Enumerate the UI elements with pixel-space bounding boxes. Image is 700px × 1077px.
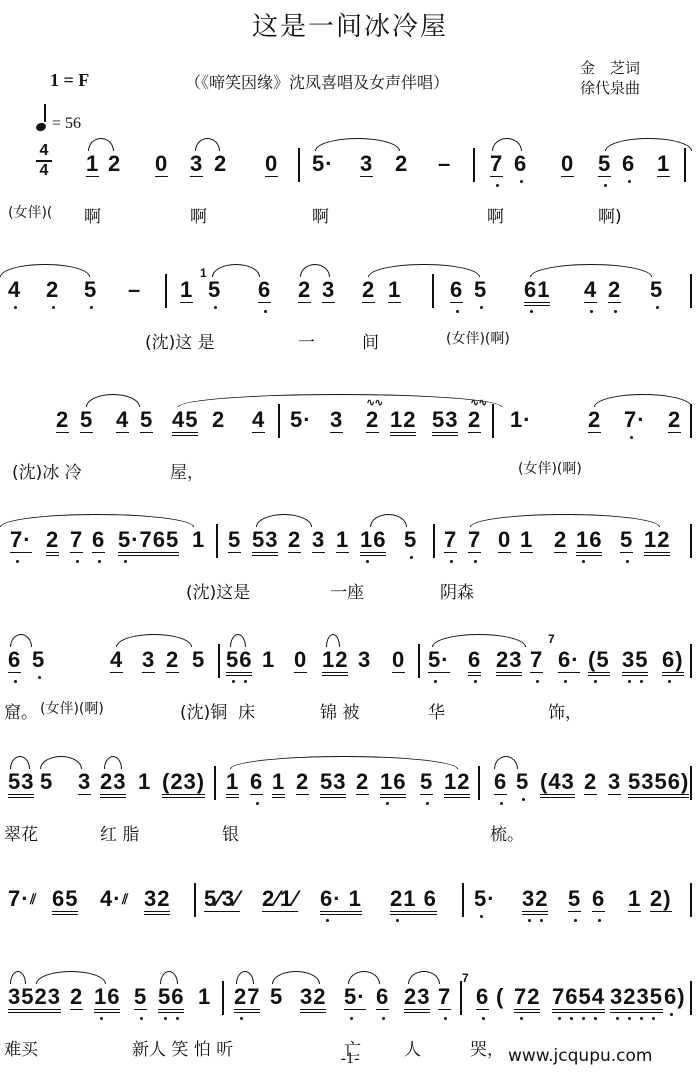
lyric: 啊 [84,202,101,227]
low-octave-dot [594,680,597,683]
low-octave-dot [640,1017,643,1020]
slur-arc [230,634,246,647]
note-token: 4 [110,648,123,673]
slur-arc [272,971,320,984]
note-token: 1 [657,152,670,177]
slur-arc [195,138,220,151]
note-token: 4 [584,278,597,303]
note-token: 1 [336,528,349,553]
lyric: (女伴)(啊) [40,698,104,718]
slur-arc [470,514,660,527]
note-token: 6 [8,648,21,673]
slur-arc [40,756,82,769]
low-octave-dot [14,680,17,683]
low-octave-dot [520,1017,523,1020]
note-token: 53 [252,528,278,556]
grace-note: 1 [200,266,207,280]
low-octave-dot [434,680,437,683]
low-octave-dot [482,1017,485,1020]
note-token: 16 [576,528,602,556]
note-token: 65 [52,887,78,915]
note-token: 4· [100,887,122,911]
note-token: 7 [70,528,83,553]
slur-arc [10,971,26,984]
lyric: (沈)这 是 [145,328,215,353]
barline [418,644,420,678]
low-octave-dot [614,310,617,313]
slur-arc [86,394,140,407]
note-token: 1 [192,528,205,552]
slur-arc [494,756,518,769]
note-token: 5356) [628,770,689,798]
low-octave-dot [474,560,477,563]
note-token: 7· [10,528,32,553]
slur-arc [408,971,440,984]
note-token: 6) [662,648,684,676]
credits: 金 芝词 徐代泉曲 [580,58,640,98]
slur-arc [0,264,90,277]
slur-arc [432,634,526,647]
low-octave-dot [582,1017,585,1020]
low-octave-dot [574,919,577,922]
low-octave-dot [656,306,659,309]
lyric: 阴森 [440,578,474,603]
low-octave-dot [14,306,17,309]
note-token: 5 [80,408,93,433]
barline [462,883,464,917]
barline [194,883,196,917]
mordent-icon: ∿∿ [470,396,486,409]
low-octave-dot [176,1017,179,1020]
note-token: 5 [270,985,283,1009]
note-token: – [128,278,141,302]
note-token: 2 [588,408,601,433]
slur-arc [256,514,312,527]
low-octave-dot [16,560,19,563]
barline [684,148,686,182]
slur-arc [178,394,502,407]
note-token: 5 [516,770,529,794]
note-token: 2 [46,528,59,556]
barline [298,148,300,182]
time-signature: 4 4 [36,143,52,179]
note-token: 6· 1 [320,887,362,915]
note-token: 6 [376,985,389,1010]
lyric: (女伴)( [8,202,52,222]
time-sig-bottom: 4 [36,163,52,179]
note-token: 6 [258,278,271,303]
note-token: 5 [40,770,53,794]
note-token: 61 [524,278,550,306]
low-octave-dot [594,1017,597,1020]
note-token: (43 [540,770,575,798]
note-token: 0 [392,648,405,673]
note-token: 32 [144,887,170,915]
barline [218,644,220,678]
lyric: 啊 [312,202,329,227]
note-token: ⫽ [30,887,37,911]
note-token: 5 [650,278,663,302]
note-token: 2 [468,408,481,433]
note-token: (5 [588,648,610,676]
note-token: 0 [155,152,168,177]
note-token: 16 [380,770,406,798]
note-token: 53 [8,770,34,798]
note-token: 7 [438,985,451,1010]
lyric: 一座 [330,578,364,603]
note-token: 2 [56,408,69,433]
note-token: 7 [490,152,503,177]
low-octave-dot [256,802,259,805]
note-token: 0 [294,648,307,673]
low-octave-dot [640,680,643,683]
note-token: 7654 [552,985,605,1013]
grace-note: 7 [548,632,555,646]
low-octave-dot [382,1017,385,1020]
note-token: 5⁄3⁄ [204,887,240,912]
note-token: 16 [360,528,386,556]
low-octave-dot [450,560,453,563]
slur-arc [236,971,254,984]
lyric: 窟。 [4,698,38,723]
lyric: 锦 被 [320,698,359,723]
low-octave-dot [410,556,413,559]
note-token: 4 [8,278,21,302]
low-octave-dot [628,180,631,183]
low-octave-dot [264,310,267,313]
low-octave-dot [350,1017,353,1020]
barline [690,404,692,438]
low-octave-dot [616,1017,619,1020]
lyric: (沈)铜 床 [180,698,255,723]
note-token: 6 [450,278,463,303]
lyric: 银 [222,820,239,845]
note-stem [44,104,46,122]
note-token: ⫽ [122,887,129,911]
low-octave-dot [528,919,531,922]
note-token: 3 [360,152,373,177]
low-octave-dot [540,919,543,922]
low-octave-dot [386,802,389,805]
low-octave-dot [326,919,329,922]
note-token: 5 [32,648,45,672]
low-octave-dot [240,1017,243,1020]
note-token: 5· [290,408,312,432]
slur-arc [370,514,407,527]
note-token: 4 [252,408,265,433]
slur-arc [326,634,340,647]
key-signature: 1 = F [50,70,89,91]
lyric: 间 [362,328,379,353]
note-token: 6 [250,770,263,795]
low-octave-dot [124,560,127,563]
slur-arc [10,756,30,769]
low-octave-dot [426,802,429,805]
lyric: 啊) [598,202,622,227]
low-octave-dot [590,310,593,313]
low-octave-dot [444,1017,447,1020]
low-octave-dot [522,798,525,801]
note-token: 3 [312,528,325,553]
note-token: 21 6 [390,887,437,915]
note-token: 2 [584,770,597,795]
low-octave-dot [474,680,477,683]
note-token: 3 [190,152,203,177]
note-token: 7· [8,887,30,911]
tempo-marking: = 56 [36,110,81,133]
low-octave-dot [52,306,55,309]
note-token: 7 [444,528,457,553]
lyric: 翠花 [4,820,38,845]
barline [214,766,216,800]
song-title: 这是一间冰冷屋 [0,6,700,43]
low-octave-dot [598,919,601,922]
note-token: 2) [650,887,672,912]
barline [690,766,692,800]
low-octave-dot [500,802,503,805]
low-octave-dot [480,915,483,918]
note-token: 6 [514,152,527,176]
note-token: 1 [388,278,401,303]
note-token: 23 [496,648,522,676]
low-octave-dot [530,310,533,313]
note-token: 2 [46,278,59,302]
barline [433,524,435,558]
note-token: 2 [70,985,83,1010]
note-token: 1· [510,408,532,432]
note-token: 5 [420,770,433,795]
low-octave-dot [520,180,523,183]
low-octave-dot [582,560,585,563]
low-octave-dot [232,680,235,683]
lyric: (沈)这是 [186,578,250,603]
note-token: 5· [344,985,366,1010]
note-token: (23) [162,770,205,798]
note-token: 56 [226,648,252,676]
note-token: 1 [520,528,533,553]
note-token: 5 [404,528,417,552]
slur-arc [230,756,458,769]
lyricist-credit: 金 芝词 [580,58,640,78]
low-octave-dot [536,680,539,683]
note-token: 53 [432,408,458,436]
low-octave-dot [90,306,93,309]
note-token: 5· [474,887,496,911]
note-token: 1 [86,152,99,177]
note-token: 3235 [610,985,663,1013]
low-octave-dot [652,1017,655,1020]
note-token: 6 [476,985,489,1010]
note-token: 12 [644,528,670,556]
barline [478,766,480,800]
note-token: 12 [322,648,348,676]
slur-arc [368,264,480,277]
note-token: 12 [390,408,416,436]
low-octave-dot [480,306,483,309]
note-token: 5 [192,648,205,672]
lyric: 红 脂 [100,820,139,845]
low-octave-dot [98,560,101,563]
note-token: 23 [100,770,126,798]
slur-arc [594,394,692,407]
lyric: (女伴)(啊) [518,458,582,478]
slur-arc [104,756,122,769]
note-token: 5 [620,528,633,553]
note-token: 2 [108,152,121,176]
note-token: 2 [212,408,225,432]
barline [165,274,167,308]
low-octave-dot [604,184,607,187]
low-octave-dot [100,1017,103,1020]
lyric: 啊 [487,202,504,227]
note-token: 4 [116,408,129,433]
note-token: ( [496,985,504,1009]
low-octave-dot [570,1017,573,1020]
note-token: 45 [172,408,198,436]
note-token: 3 [330,408,343,433]
note-token: 6 [592,887,605,912]
note-token: 3 [358,648,371,672]
low-octave-dot [164,1017,167,1020]
low-octave-dot [244,680,247,683]
low-octave-dot [140,1017,143,1020]
note-token: 2 [356,770,369,795]
note-token: 23 [404,985,430,1013]
lyric: 屋， [170,458,204,483]
low-octave-dot [668,680,671,683]
note-token: 6) [664,985,686,1009]
note-token: 6 [622,152,635,176]
note-token: 5 [140,408,153,433]
tempo-value: = 56 [52,115,81,132]
quarter-note-icon [35,122,47,133]
barline [216,524,218,558]
note-token: 32 [300,985,326,1013]
barline [492,404,494,438]
note-token: 5· [428,648,450,673]
barline [278,404,280,438]
lyric: 饰， [548,698,582,723]
note-token: 2 [166,648,179,673]
note-token: 5 [208,278,221,302]
mordent-icon: ∿∿ [366,396,382,409]
low-octave-dot [626,560,629,563]
note-token: 5·765 [118,528,179,556]
slur-arc [0,514,194,527]
note-token: 7· [624,408,646,432]
note-token: 5· [312,152,334,176]
note-token: 7 [530,648,543,673]
note-token: 2 [608,278,621,303]
low-octave-dot [628,1017,631,1020]
note-token: 2 [395,152,408,176]
note-token: 2⁄1⁄ [262,887,298,912]
slur-arc [10,634,32,647]
note-token: 0 [498,528,511,553]
barline [460,981,462,1015]
note-token: 3 [322,278,335,303]
barline [222,981,224,1015]
low-octave-dot [496,184,499,187]
barline [690,981,692,1015]
low-octave-dot [456,310,459,313]
slur-arc [605,138,692,151]
note-token: 6· [558,648,580,673]
lyric: 啊 [190,202,207,227]
note-token: 1 [198,985,211,1009]
note-token: 16 [94,985,120,1013]
note-token: 3 [608,770,621,795]
watermark: www.jcqupu.com [508,1046,652,1066]
low-octave-dot [38,676,41,679]
low-octave-dot [558,1017,561,1020]
low-octave-dot [396,919,399,922]
composer-credit: 徐代泉曲 [580,78,640,98]
note-token: 6 [494,770,507,795]
lyric: 梳。 [490,820,524,845]
low-octave-dot [564,680,567,683]
low-octave-dot [76,560,79,563]
low-octave-dot [366,560,369,563]
slur-arc [530,264,652,277]
note-token: 2 [214,152,227,176]
barline [690,274,692,308]
note-token: 2 [288,528,301,553]
slur-arc [348,971,380,984]
note-token: 1 [180,278,193,303]
slur-arc [116,634,192,647]
note-token: – [438,152,451,176]
note-token: 5 [598,152,611,177]
note-token: 7 [468,528,481,553]
note-token: 1 [262,648,275,672]
subtitle: （《啼笑因缘》沈凤喜唱及女声伴唱） [185,70,449,93]
note-token: 2 [298,278,311,303]
time-sig-top: 4 [36,143,52,159]
note-token: 56 [158,985,184,1013]
note-token: 1 [138,770,151,794]
note-token: 53 [320,770,346,798]
note-token: 6 [468,648,481,676]
note-token: 2 [554,528,567,553]
note-token: 5 [568,887,581,912]
note-token: 2 [296,770,309,795]
note-token: 1 [272,770,285,798]
slur-arc [300,264,330,277]
note-token: 72 [514,985,540,1013]
note-token: 6 [92,528,105,553]
note-token: 1 [628,887,641,912]
note-token: 32 [522,887,548,915]
grace-note: 7 [462,971,469,985]
slur-arc [36,971,106,984]
slur-arc [212,264,260,277]
barline [690,524,692,558]
note-token: 0 [561,152,574,177]
barline [473,148,475,182]
low-octave-dot [630,436,633,439]
barline [432,274,434,308]
note-token: 5 [84,278,97,302]
note-token: 12 [444,770,470,798]
barline [690,644,692,678]
note-token: 2 [668,408,681,433]
slur-arc [160,971,178,984]
note-token: 27 [234,985,260,1013]
lyric: (沈)冰 冷 [12,458,82,483]
low-octave-dot [670,1013,673,1016]
low-octave-dot [628,680,631,683]
